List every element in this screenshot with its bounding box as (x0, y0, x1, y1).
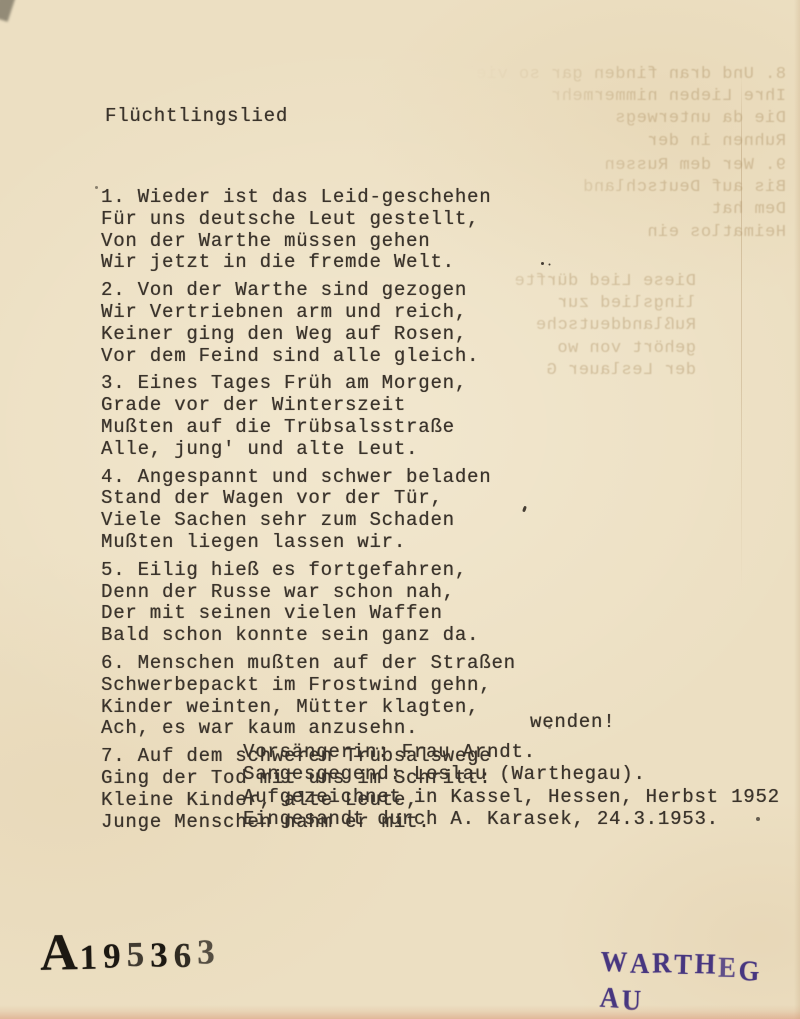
region-stamp: WARTHEGAU (600, 947, 785, 1017)
stanza-line: Der mit seinen vielen Waffen (101, 603, 516, 625)
stanza: 5. Eilig hieß es fortgefahren,Denn der R… (101, 560, 516, 647)
scanned-document-page: { "document": { "title": "Flüchtlingslie… (0, 0, 800, 1019)
attribution-line: Eingesandt durch A. Karasek, 24.3.1953. (243, 808, 780, 830)
stanza-line: Kinder weinten, Mütter klagten, (101, 697, 516, 719)
stanza-line: Alle, jung' und alte Leut. (101, 439, 516, 461)
stanza-line: Keiner ging den Weg auf Rosen, (101, 324, 516, 346)
stanza-line: Mußten auf die Trübsalsstraße (101, 417, 516, 439)
stanza-line: Mußten liegen lassen wir. (101, 532, 516, 554)
stanza-line: 4. Angespannt und schwer beladen (101, 467, 516, 489)
stanza: 3. Eines Tages Früh am Morgen,Grade vor … (101, 373, 516, 460)
stanza: 4. Angespannt und schwer beladenStand de… (101, 467, 516, 554)
attribution-line: Sangesgegend: Leslau (Warthegau). (243, 763, 780, 785)
ink-speck (95, 186, 98, 189)
stanza-line: Wir Vertriebnen arm und reich, (101, 302, 516, 324)
stanza-line: 5. Eilig hieß es fortgefahren, (101, 560, 516, 582)
archive-number-stamp: A195363 (39, 920, 221, 983)
song-title: Flüchtlingslied (105, 106, 516, 128)
stanza: 2. Von der Warthe sind gezogenWir Vertri… (101, 280, 516, 367)
page-edge-right (794, 0, 800, 1019)
attribution-block: Vorsängerin: Frau Arndt.Sangesgegend: Le… (243, 741, 780, 831)
archive-number-prefix: A (39, 924, 80, 982)
stanza-line: 1. Wieder ist das Leid-geschehen (101, 187, 516, 209)
ink-speck (541, 262, 544, 265)
stanza-line: 6. Menschen mußten auf der Straßen (101, 653, 516, 675)
ink-speck (548, 726, 551, 729)
stanza-container: 1. Wieder ist das Leid-geschehenFür uns … (101, 187, 516, 833)
ink-speck (756, 817, 760, 821)
stanza-line: Grade vor der Winterszeit (101, 395, 516, 417)
stanza-line: Viele Sachen sehr zum Schaden (101, 510, 516, 532)
stanza: 1. Wieder ist das Leid-geschehenFür uns … (101, 187, 516, 274)
archive-number-digits: 195363 (79, 935, 221, 977)
stanza-line: Von der Warthe müssen gehen (101, 231, 516, 253)
stanza-line: Bald schon konnte sein ganz da. (101, 625, 516, 647)
attribution-line: Vorsängerin: Frau Arndt. (243, 741, 780, 763)
turn-page-note: wenden! (530, 712, 615, 734)
stanza-line: Denn der Russe war schon nah, (101, 582, 516, 604)
stanza-line: 3. Eines Tages Früh am Morgen, (101, 373, 516, 395)
stanza-line: 2. Von der Warthe sind gezogen (101, 280, 516, 302)
stanza-line: Schwerbepackt im Frostwind gehn, (101, 675, 516, 697)
attribution-line: Aufgezeichnet in Kassel, Hessen, Herbst … (243, 786, 780, 808)
stanza-line: Wir jetzt in die fremde Welt. (101, 252, 516, 274)
stanza-line: Stand der Wagen vor der Tür, (101, 488, 516, 510)
stanza: 6. Menschen mußten auf der StraßenSchwer… (101, 653, 516, 740)
stanza-line: Vor dem Feind sind alle gleich. (101, 346, 516, 368)
stanza-line: Für uns deutsche Leut gestellt, (101, 209, 516, 231)
stanza-line: Ach, es war kaum anzusehn. (101, 718, 516, 740)
